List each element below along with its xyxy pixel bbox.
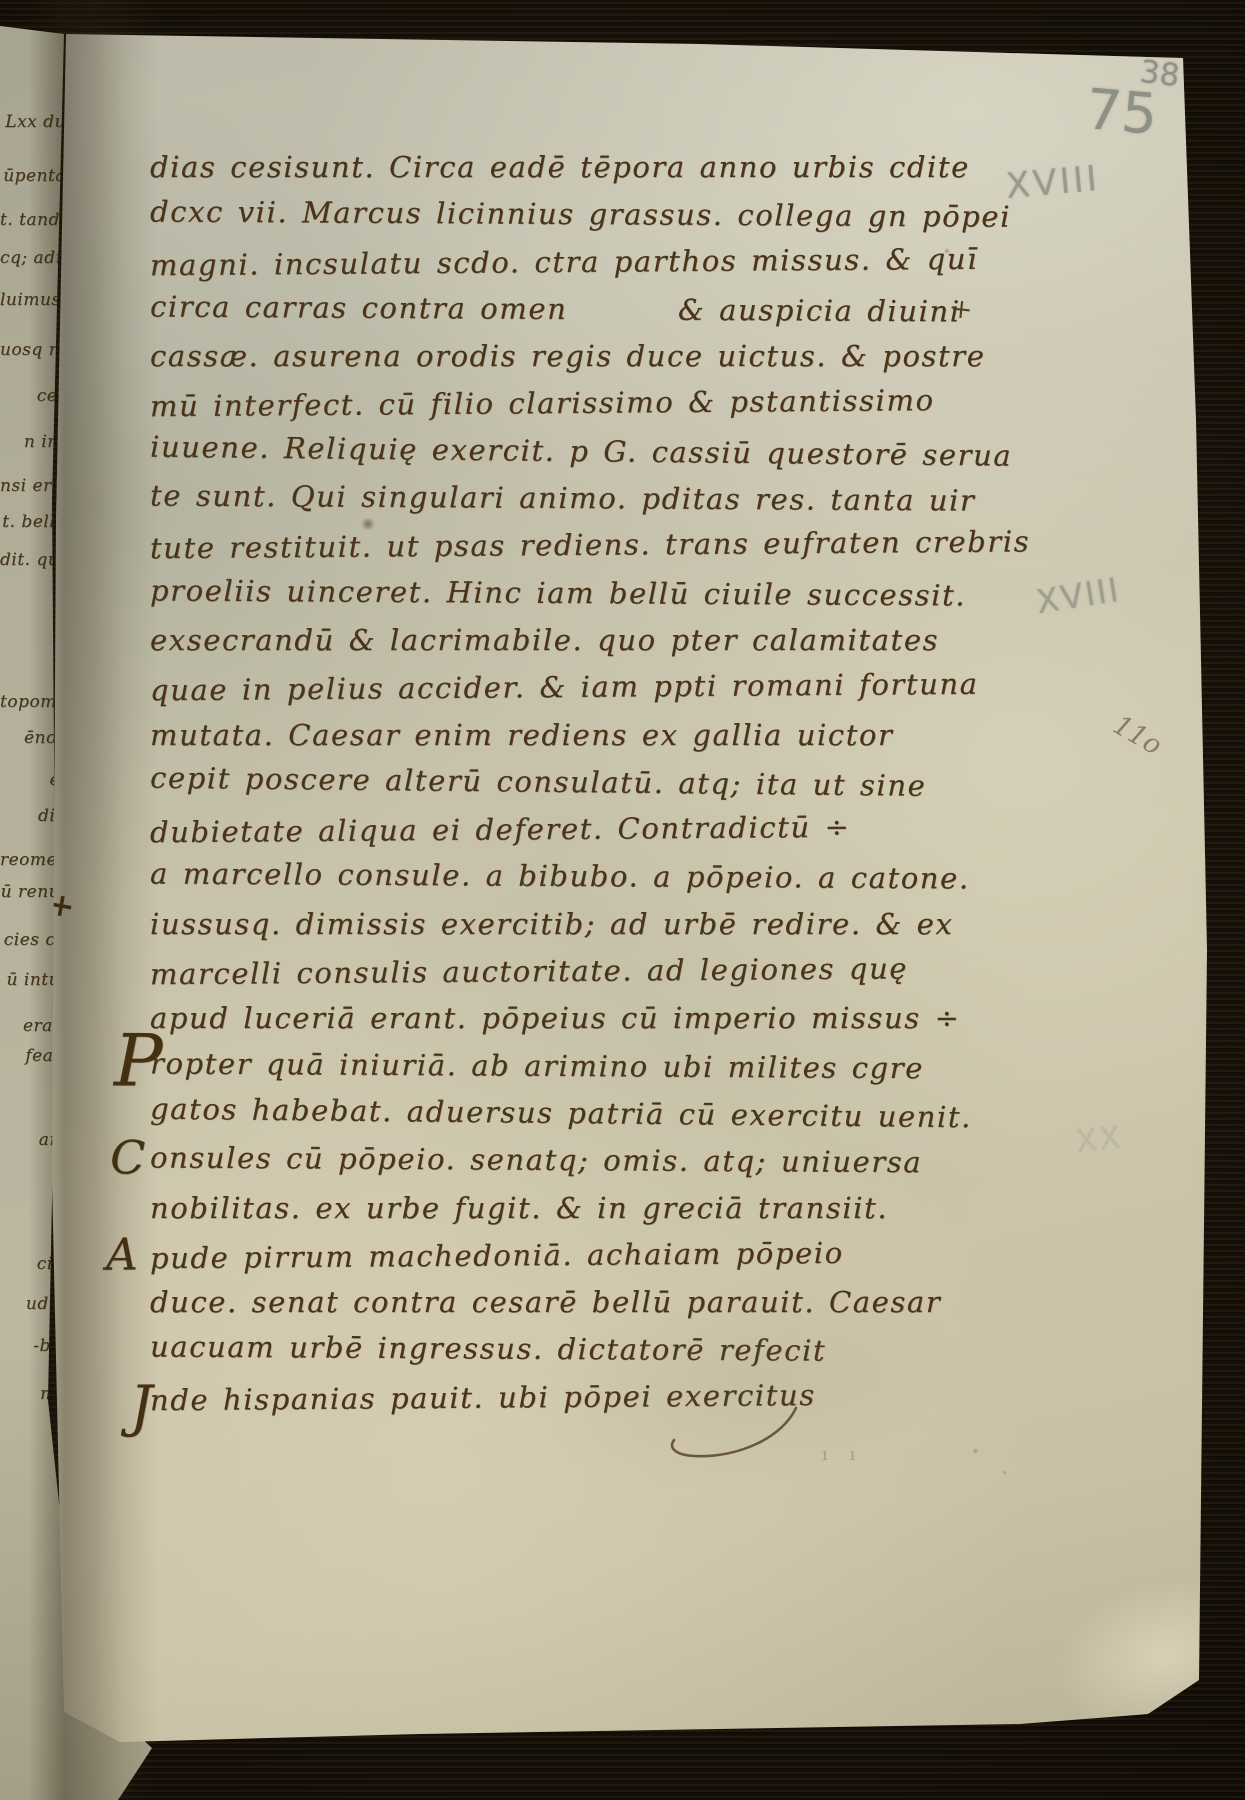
decorated-initial: A [106, 1233, 140, 1277]
text-line: Propter quā iniuriā. ab arimino ubi mili… [150, 1046, 980, 1098]
text-line: proeliis uinceret. Hinc iam bellū ciuile… [150, 573, 980, 625]
text-line: Jnde hispanias pauit. ubi pōpei exercitu… [150, 1376, 980, 1430]
text-line-body: quae in pelius accider. & iam ppti roman… [150, 667, 979, 708]
decorated-initial: P [114, 1024, 164, 1096]
text-line: dubietate aliqua ei deferet. Contradictū… [150, 809, 980, 863]
text-line: a marcello consule. a bibubo. a pōpeio. … [150, 857, 980, 909]
text-line: exsecrandū & lacrimabile. quo pter calam… [150, 623, 980, 670]
text-line: apud luceriā erant. pōpeius cū imperio m… [150, 1001, 980, 1048]
text-line-body: dubietate aliqua ei deferet. Contradictū… [150, 810, 851, 850]
text-line: uacuam urbē ingressus. dictatorē refecit [150, 1330, 980, 1382]
ink-tick-marks-bottom: ı ı [822, 1444, 863, 1465]
pencil-chapter-numeral-low: XX [1074, 1120, 1124, 1161]
ink-margin-note: 11o [1108, 709, 1167, 761]
text-line: Consules cū pōpeio. senatq; omis. atq; u… [150, 1141, 980, 1193]
decorated-initial: J [130, 1379, 155, 1435]
text-line-body: mū interfect. cū filio clarissimo & psta… [150, 384, 935, 424]
text-line-body: marcelli consulis auctoritate. ad legion… [150, 951, 908, 991]
text-line: duce. senat contra cesarē bellū parauit.… [150, 1285, 980, 1332]
text-line-body: apud luceriā erant. pōpeius cū imperio m… [150, 1001, 960, 1035]
manuscript-photo: Lxx duūpentat. tandēcq; admluimus jauosq… [0, 0, 1245, 1800]
text-line-body: ropter quā iniuriā. ab arimino ubi milit… [150, 1046, 924, 1085]
text-line: quae in pelius accider. & iam ppti roman… [150, 667, 980, 721]
text-line-body: iussusq. dimissis exercitib; ad urbē red… [150, 907, 953, 941]
text-line: Apude pirrum machedoniā. achaiam pōpeio [150, 1235, 980, 1289]
parchment-speck [972, 1448, 979, 1454]
text-line-body: mutata. Caesar enim rediens ex gallia ui… [150, 718, 894, 752]
text-line-body: tute restituit. ut psas rediens. trans e… [150, 525, 1030, 566]
facing-page-text-fragment: luimus ja [0, 290, 66, 310]
text-line: marcelli consulis auctoritate. ad legion… [150, 951, 980, 1005]
pencil-folio-number-large: 75 [1083, 77, 1160, 148]
text-line-body: dcxc vii. Marcus licinnius grassus. coll… [150, 195, 1011, 234]
text-line: mutata. Caesar enim rediens ex gallia ui… [150, 718, 980, 765]
parchment-speck [1002, 1470, 1007, 1475]
ink-cross-line4: + [948, 293, 974, 326]
manuscript-page: dias cesisunt. Circa eadē tēpora anno ur… [0, 0, 1245, 1800]
text-line: nobilitas. ex urbe fugit. & in greciā tr… [150, 1191, 980, 1238]
text-line-body: te sunt. Qui singulari animo. pditas res… [150, 479, 976, 518]
facing-page-text-fragment: cq; adm [0, 248, 66, 268]
text-line: iussusq. dimissis exercitib; ad urbē red… [150, 907, 980, 954]
facing-page-text-fragment: Lxx du [0, 112, 66, 132]
text-line-body: dias cesisunt. Circa eadē tēpora anno ur… [150, 150, 970, 184]
facing-page-text-fragment: t. tandē [0, 210, 66, 230]
text-line: iuuene. Reliquię exercit. p G. cassiū qu… [150, 429, 980, 485]
text-line-body: iuuene. Reliquię exercit. p G. cassiū qu… [150, 429, 1013, 472]
text-line-body: nobilitas. ex urbe fugit. & in greciā tr… [150, 1191, 888, 1225]
text-line-body: onsules cū pōpeio. senatq; omis. atq; un… [150, 1141, 922, 1180]
text-line-body: cepit poscere alterū consulatū. atq; ita… [150, 761, 927, 803]
text-line: tute restituit. ut psas rediens. trans e… [150, 525, 980, 579]
text-line: mū interfect. cū filio clarissimo & psta… [150, 383, 980, 437]
text-line-body: a marcello consule. a bibubo. a pōpeio. … [150, 857, 970, 896]
text-line-body: cassæ. asurena orodis regis duce uictus.… [150, 339, 985, 373]
text-line-body: exsecrandū & lacrimabile. quo pter calam… [150, 623, 939, 657]
text-line: gatos habebat. aduersus patriā cū exerci… [150, 1092, 980, 1148]
text-line: cassæ. asurena orodis regis duce uictus.… [150, 339, 980, 386]
text-line: dcxc vii. Marcus licinnius grassus. coll… [150, 195, 980, 247]
pencil-chapter-numeral-top: XVIII [1004, 159, 1101, 207]
text-line-body: pude pirrum machedoniā. achaiam pōpeio [150, 1236, 844, 1275]
pencil-chapter-numeral-margin: XVIII [1033, 570, 1122, 622]
text-line-body: proeliis uinceret. Hinc iam bellū ciuile… [150, 573, 966, 612]
text-line-body: nde hispanias pauit. ubi pōpei exercitus [150, 1378, 816, 1417]
facing-page-text-fragment: ūpenta [0, 166, 66, 186]
text-line-body: duce. senat contra cesarē bellū parauit.… [150, 1285, 941, 1319]
text-block: dias cesisunt. Circa eadē tēpora anno ur… [150, 150, 980, 1427]
decorated-initial: C [110, 1134, 147, 1180]
text-line: magni. incsulatu scdo. ctra parthos miss… [150, 241, 980, 295]
text-line: dias cesisunt. Circa eadē tēpora anno ur… [150, 150, 980, 197]
text-line: circa carras contra omen & auspicia diui… [150, 289, 980, 341]
text-line-body: uacuam urbē ingressus. dictatorē refecit [150, 1330, 826, 1368]
text-line: cepit poscere alterū consulatū. atq; ita… [150, 761, 980, 817]
text-line-body: circa carras contra omen & auspicia diui… [150, 289, 961, 328]
text-line: te sunt. Qui singulari animo. pditas res… [150, 479, 980, 531]
text-line-body: magni. incsulatu scdo. ctra parthos miss… [150, 241, 978, 282]
